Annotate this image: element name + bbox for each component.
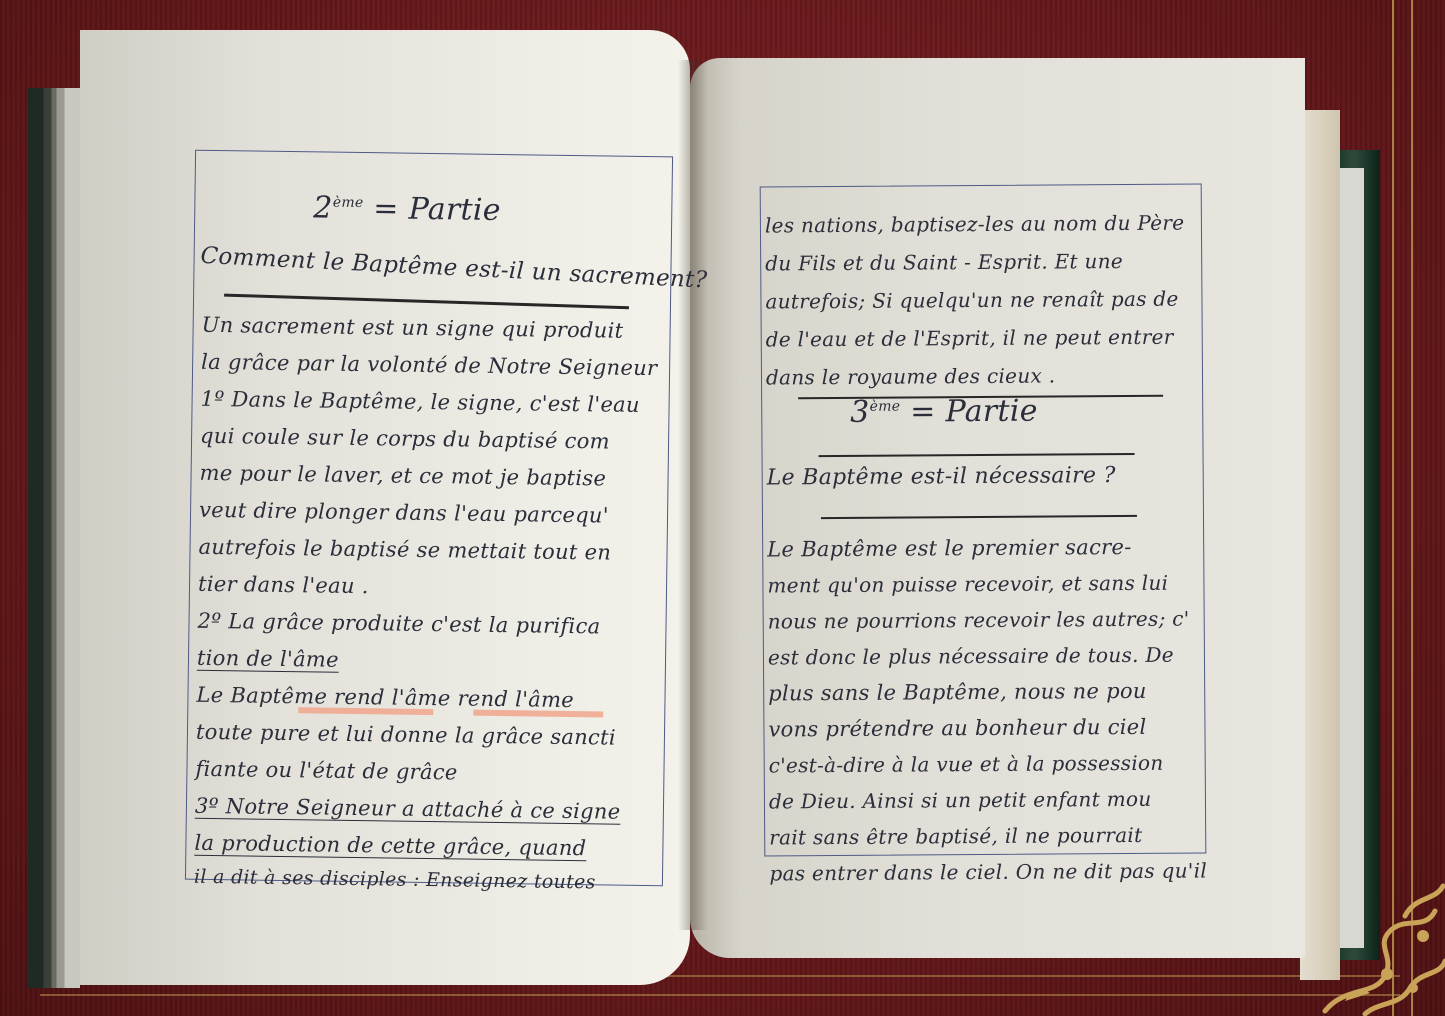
right-page-stack <box>1300 110 1380 980</box>
right-page-frame: les nations, baptisez-les au nom du Père… <box>760 183 1207 856</box>
body-line: autrefois le baptisé se mettait tout en <box>198 535 611 565</box>
section-suffix: ème <box>870 399 901 415</box>
body-line: est donc le plus nécessaire de tous. De <box>768 643 1174 670</box>
section-word: Partie <box>408 192 501 228</box>
body-line: les nations, baptisez-les au nom du Père <box>765 211 1185 238</box>
heading-rule <box>821 515 1137 519</box>
section-number: 3 <box>850 395 870 430</box>
body-line: la production de cette grâce, quand <box>194 831 586 860</box>
body-line: me pour le laver, et ce mot je baptise <box>199 461 606 491</box>
body-line: vons prétendre au bonheur du ciel <box>768 715 1146 742</box>
body-line: rait sans être baptisé, il ne pourrait <box>769 823 1142 850</box>
section-eq: = <box>910 394 936 429</box>
heading-rule <box>819 453 1135 457</box>
body-line: qui coule sur le corps du baptisé com <box>200 424 610 454</box>
body-line: toute pure et lui donne la grâce sancti <box>196 720 616 750</box>
body-line: Le Baptême est le premier sacre- <box>767 535 1132 562</box>
section-word: Partie <box>945 394 1038 430</box>
section-heading: 3ème = Partie <box>850 394 1038 430</box>
section-question: Le Baptême est-il nécessaire ? <box>767 463 1116 490</box>
section-suffix: ème <box>333 195 364 211</box>
body-line: de Dieu. Ainsi si un petit enfant mou <box>769 787 1152 814</box>
heading-rule <box>224 294 629 310</box>
gilt-rule-vertical-2 <box>1411 0 1413 1016</box>
body-line: autrefois; Si quelqu'un ne renaît pas de <box>765 287 1178 314</box>
section-heading: 2ème = Partie <box>313 190 501 228</box>
body-line: tier dans l'eau . <box>198 572 369 598</box>
gilt-rule-horizontal-2 <box>40 994 1400 996</box>
body-line: de l'eau et de l'Esprit, il ne peut entr… <box>766 325 1174 352</box>
body-line: tion de l'âme <box>197 646 339 672</box>
body-line: Un sacrement est un signe qui produit <box>202 313 624 343</box>
body-line: veut dire plonger dans l'eau parcequ' <box>199 498 609 528</box>
body-line: dans le royaume des cieux . <box>766 363 1056 389</box>
left-page-frame: 2ème = Partie Comment le Baptême est-il … <box>185 150 673 887</box>
body-line: fiante ou l'état de grâce <box>195 757 457 785</box>
body-line: ment qu'on puisse recevoir, et sans lui <box>767 571 1168 598</box>
body-line: 2º La grâce produite c'est la purifica <box>197 609 600 639</box>
body-line: 3º Notre Seigneur a attaché à ce signe <box>195 794 621 824</box>
body-line: 1º Dans le Baptême, le signe, c'est l'ea… <box>200 387 639 417</box>
body-line: c'est-à-dire à la vue et à la possession <box>769 751 1164 778</box>
body-line: plus sans le Baptême, nous ne pou <box>768 679 1147 706</box>
endpaper <box>1338 168 1364 948</box>
body-line: la grâce par la volonté de Notre Seigneu… <box>201 350 658 380</box>
gilt-rule-vertical-1 <box>1392 0 1394 1016</box>
page-edges <box>1300 110 1340 980</box>
section-eq: = <box>373 191 399 226</box>
body-line: Le Baptême rend l'âme rend l'âme <box>196 683 574 712</box>
body-line: du Fils et du Saint - Esprit. Et une <box>765 249 1123 275</box>
section-number: 2 <box>313 190 333 225</box>
section-question: Comment le Baptême est-il un sacrement? <box>200 243 708 294</box>
book-gutter <box>678 60 708 930</box>
left-page-stack <box>28 88 80 988</box>
body-line: nous ne pourrions recevoir les autres; c… <box>768 607 1190 634</box>
body-line: pas entrer dans le ciel. On ne dit pas q… <box>769 858 1207 885</box>
